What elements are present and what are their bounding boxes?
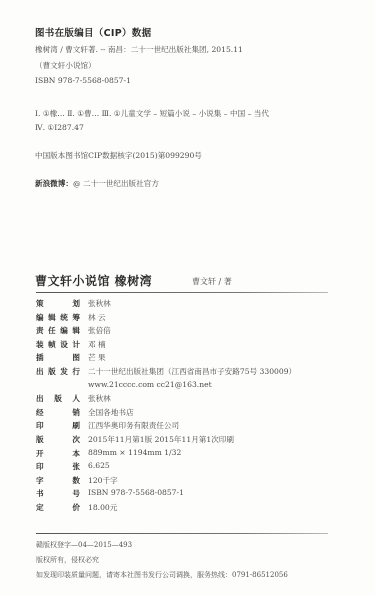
credit-label-char: 印 [36, 420, 44, 431]
credit-label-char: 号 [72, 488, 80, 499]
cip-line-bibliographic: 橡树湾 / 曹文轩著. -- 南昌：二十一世纪出版社集团, 2015.11 [35, 44, 243, 55]
credit-value: 林 云 [88, 312, 106, 323]
credit-value: 张倍倍 [88, 325, 111, 336]
credit-label: 版次 [36, 434, 80, 445]
credit-label-char: 编 [60, 325, 68, 336]
credit-label-char: 书 [36, 488, 44, 499]
credit-label-char: 张 [72, 461, 80, 472]
cip-classification-1: Ⅰ. ①橡… Ⅱ. ①曹… Ⅲ. ①儿童文学 – 短篇小说 – 小说集 – 中国… [35, 108, 269, 119]
credit-label: 书号 [36, 488, 80, 499]
credit-label: 开本 [36, 448, 80, 459]
credit-label-char: 版 [36, 434, 44, 445]
credit-label-char: 划 [72, 298, 80, 309]
credit-label-char: 定 [36, 502, 44, 513]
credit-value: 120千字 [88, 475, 118, 486]
book-series-title: 曹文轩小说馆 橡树湾 [35, 272, 152, 289]
credit-value: 6.625 [88, 461, 110, 470]
quality-notice: 如发现印装质量问题，请寄本社图书发行公司调换，服务热线：0791-8651205… [36, 570, 288, 580]
credit-label-char: 计 [72, 339, 80, 350]
book-author: 曹文轩 / 著 [192, 276, 232, 287]
copyright-registration: 赣版权登字—04—2015—493 [36, 540, 132, 550]
credit-label: 策划 [36, 298, 80, 309]
credit-label: 字数 [36, 475, 80, 486]
credit-label-char: 人 [72, 393, 80, 404]
credit-label-char: 责 [36, 325, 44, 336]
credit-label-char: 版 [54, 393, 62, 404]
credit-label-char: 编 [36, 312, 44, 323]
credit-label: 责任编辑 [36, 325, 80, 336]
credit-label-char: 版 [48, 366, 56, 377]
credit-label: 出版发行 [36, 366, 80, 377]
cip-verification: 中国版本图书馆CIP数据核字(2015)第099290号 [35, 150, 202, 161]
credit-label-char: 发 [60, 366, 68, 377]
credit-label-char: 销 [72, 407, 80, 418]
credit-value: 邓 楠 [88, 339, 106, 350]
weibo-label: 新浪微博： [35, 179, 73, 188]
cip-classification-2: Ⅳ. ①I287.47 [35, 123, 84, 132]
credit-label-char: 经 [36, 407, 44, 418]
top-divider [36, 292, 328, 293]
credit-label-char: 筹 [72, 312, 80, 323]
credit-value: 18.00元 [88, 502, 117, 513]
credit-label-char: 插 [36, 352, 44, 363]
credit-label-char: 刷 [72, 420, 80, 431]
credit-label-char: 辑 [72, 325, 80, 336]
credit-value: www.21cccc.com cc21@163.net [88, 380, 212, 389]
credit-label: 印张 [36, 461, 80, 472]
cip-title: 图书在版编目（CIP）数据 [35, 25, 151, 39]
credit-label: 经销 [36, 407, 80, 418]
credit-label-char: 任 [48, 325, 56, 336]
credit-label-char: 装 [36, 339, 44, 350]
credit-label-char: 帧 [48, 339, 56, 350]
weibo-value: @ 二十一世纪出版社官方 [73, 179, 159, 188]
credit-label: 出版人 [36, 393, 80, 404]
credit-label-char: 出 [36, 366, 44, 377]
credit-value: 2015年11月第1版 2015年11月第1次印刷 [88, 434, 234, 445]
credit-label-char: 数 [72, 475, 80, 486]
credit-label-char: 字 [36, 475, 44, 486]
credit-value: ISBN 978-7-5568-0857-1 [88, 488, 184, 497]
credit-label-char: 印 [36, 461, 44, 472]
credit-value: 全国各地书店 [88, 407, 134, 418]
credit-label-char: 设 [60, 339, 68, 350]
credit-label: 装帧设计 [36, 339, 80, 350]
credit-label: 印刷 [36, 420, 80, 431]
credit-label: 编辑统筹 [36, 312, 80, 323]
credit-value: 张秋林 [88, 393, 111, 404]
rights-notice: 版权所有，侵权必究 [36, 555, 99, 565]
cip-line-isbn: ISBN 978-7-5568-0857-1 [35, 76, 131, 85]
credit-value: 889mm × 1194mm 1/32 [88, 448, 181, 457]
credit-label-char: 本 [72, 448, 80, 459]
weibo-line: 新浪微博：@ 二十一世纪出版社官方 [35, 178, 159, 189]
credit-label-char: 价 [72, 502, 80, 513]
cip-line-series: （曹文轩小说馆） [35, 60, 96, 71]
bottom-divider [36, 533, 328, 534]
credit-label-char: 行 [72, 366, 80, 377]
credit-label-char: 出 [36, 393, 44, 404]
credit-value: 江西华奥印务有限责任公司 [88, 420, 179, 431]
credit-label-char: 策 [36, 298, 44, 309]
credit-label-char: 次 [72, 434, 80, 445]
credit-label-char: 开 [36, 448, 44, 459]
credit-label: 插图 [36, 352, 80, 363]
credit-value: 芒 果 [88, 352, 106, 363]
credit-label: 定价 [36, 502, 80, 513]
credit-label-char: 辑 [48, 312, 56, 323]
credit-value: 二十一世纪出版社集团（江西省南昌市子安路75号 330009） [88, 366, 296, 377]
credit-label-char: 图 [72, 352, 80, 363]
credit-value: 张秋林 [88, 298, 111, 309]
credit-label-char: 统 [60, 312, 68, 323]
